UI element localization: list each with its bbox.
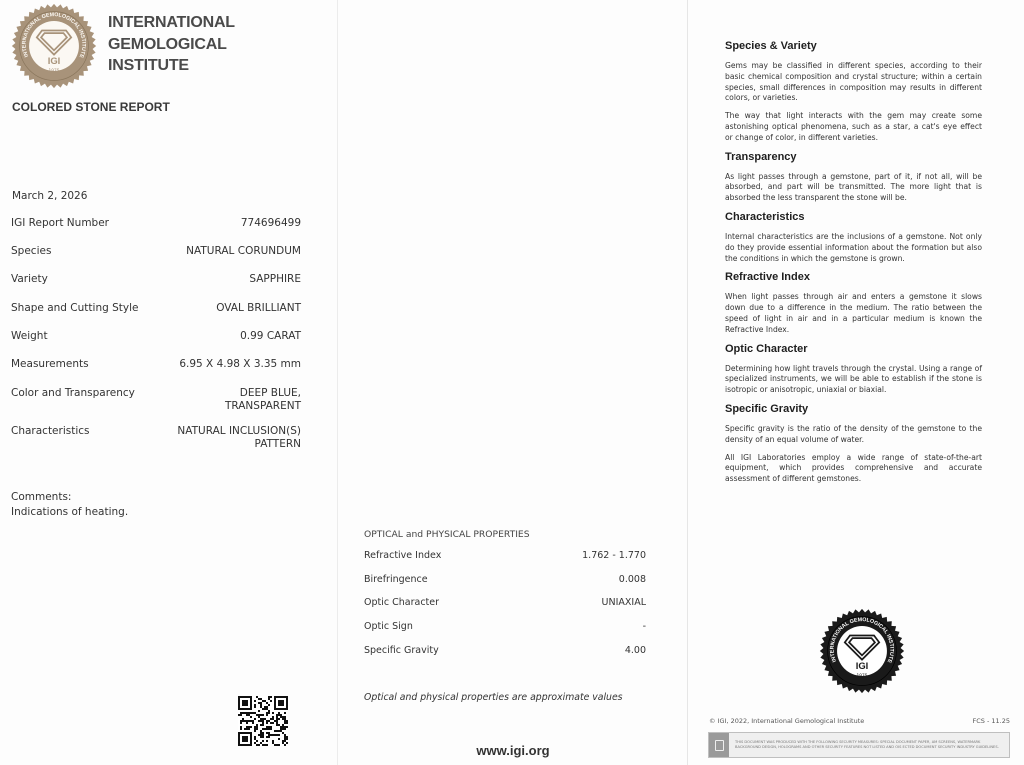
optical-properties-title: OPTICAL and PHYSICAL PROPERTIES [364,529,530,540]
info-section-title: Optic Character [725,343,982,355]
field-value: 0.99 CARAT [240,330,301,343]
optical-property-row: Optic CharacterUNIAXIAL [364,597,646,608]
igi-seal-black-logo: IGI1975INTERNATIONAL GEMOLOGICAL INSTITU… [819,608,905,694]
document-lock-icon [709,733,729,757]
org-name-line-1: INTERNATIONAL [108,12,235,34]
copyright-text: © IGI, 2022, International Gemological I… [709,717,864,725]
optical-property-row: Specific Gravity4.00 [364,645,646,656]
info-paragraph: The way that light interacts with the ge… [725,111,982,143]
field-value: NATURAL CORUNDUM [186,245,301,258]
qr-code[interactable] [238,696,288,746]
info-section: Optic CharacterDetermining how light tra… [725,343,982,396]
field-value: DEEP BLUE, TRANSPARENT [225,387,301,413]
field-label: IGI Report Number [11,217,109,230]
info-section: CharacteristicsInternal characteristics … [725,211,982,264]
report-date: March 2, 2026 [12,190,87,202]
svg-text:IGI: IGI [856,661,869,672]
property-label: Optic Character [364,597,439,608]
info-section: Specific GravitySpecific gravity is the … [725,403,982,485]
info-section-title: Specific Gravity [725,403,982,415]
field-value: SAPPHIRE [249,273,301,286]
property-value: 1.762 - 1.770 [582,550,646,561]
security-notice-text: This document was produced with the foll… [729,740,1009,750]
info-paragraph: All IGI Laboratories employ a wide range… [725,453,982,485]
property-value: 0.008 [619,574,646,585]
field-label: Weight [11,330,48,343]
field-label: Variety [11,273,48,286]
comments-label: Comments: [11,490,128,505]
info-paragraph: Determining how light travels through th… [725,364,982,396]
field-value: 774696499 [241,217,301,230]
optical-property-row: Refractive Index1.762 - 1.770 [364,550,646,561]
info-section-title: Species & Variety [725,40,982,52]
field-label: Shape and Cutting Style [11,302,138,315]
info-section-title: Transparency [725,151,982,163]
field-value: 6.95 X 4.98 X 3.35 mm [179,358,301,371]
optical-properties-note: Optical and physical properties are appr… [364,692,623,703]
property-label: Birefringence [364,574,428,585]
svg-text:1975: 1975 [49,68,60,74]
form-code: FCS - 11.25 [973,717,1011,725]
property-value: 4.00 [625,645,646,656]
comments-text: Indications of heating. [11,505,128,520]
optical-properties-panel: OPTICAL and PHYSICAL PROPERTIES Refracti… [337,0,687,765]
info-section: Refractive IndexWhen light passes throug… [725,271,982,335]
field-value: NATURAL INCLUSION(S) PATTERN [177,425,301,451]
igi-seal-logo: IGI1975INTERNATIONAL GEMOLOGICAL INSTITU… [11,3,97,89]
field-label: Measurements [11,358,89,371]
report-type-title: COLORED STONE REPORT [12,100,170,114]
property-value: UNIAXIAL [602,597,646,608]
comments-block: Comments: Indications of heating. [11,490,128,519]
field-label: Species [11,245,51,258]
info-paragraph: Internal characteristics are the inclusi… [725,232,982,264]
property-value: - [643,621,646,632]
website-link[interactable]: www.igi.org [338,743,688,758]
svg-text:1975: 1975 [857,673,868,679]
field-label: Color and Transparency [11,387,135,400]
security-notice: This document was produced with the foll… [708,732,1010,758]
field-label: Characteristics [11,425,90,438]
info-paragraph: Gems may be classified in different spec… [725,61,982,104]
report-front-panel: IGI1975INTERNATIONAL GEMOLOGICAL INSTITU… [0,0,337,765]
org-name-line-2: GEMOLOGICAL [108,34,235,56]
svg-text:IGI: IGI [48,56,61,67]
info-panel: Species & VarietyGems may be classified … [687,0,1024,765]
info-section: TransparencyAs light passes through a ge… [725,151,982,204]
info-section-title: Refractive Index [725,271,982,283]
info-paragraph: When light passes through air and enters… [725,292,982,335]
optical-property-row: Birefringence0.008 [364,574,646,585]
info-section-title: Characteristics [725,211,982,223]
property-label: Specific Gravity [364,645,439,656]
info-paragraph: Specific gravity is the ratio of the den… [725,424,982,446]
info-paragraph: As light passes through a gemstone, part… [725,172,982,204]
field-value: OVAL BRILLIANT [216,302,301,315]
property-label: Refractive Index [364,550,441,561]
info-section: Species & VarietyGems may be classified … [725,40,982,144]
property-label: Optic Sign [364,621,413,632]
info-sections: Species & VarietyGems may be classified … [725,40,982,492]
optical-property-row: Optic Sign- [364,621,646,632]
organization-name: INTERNATIONAL GEMOLOGICAL INSTITUTE [108,12,235,77]
org-name-line-3: INSTITUTE [108,55,235,77]
